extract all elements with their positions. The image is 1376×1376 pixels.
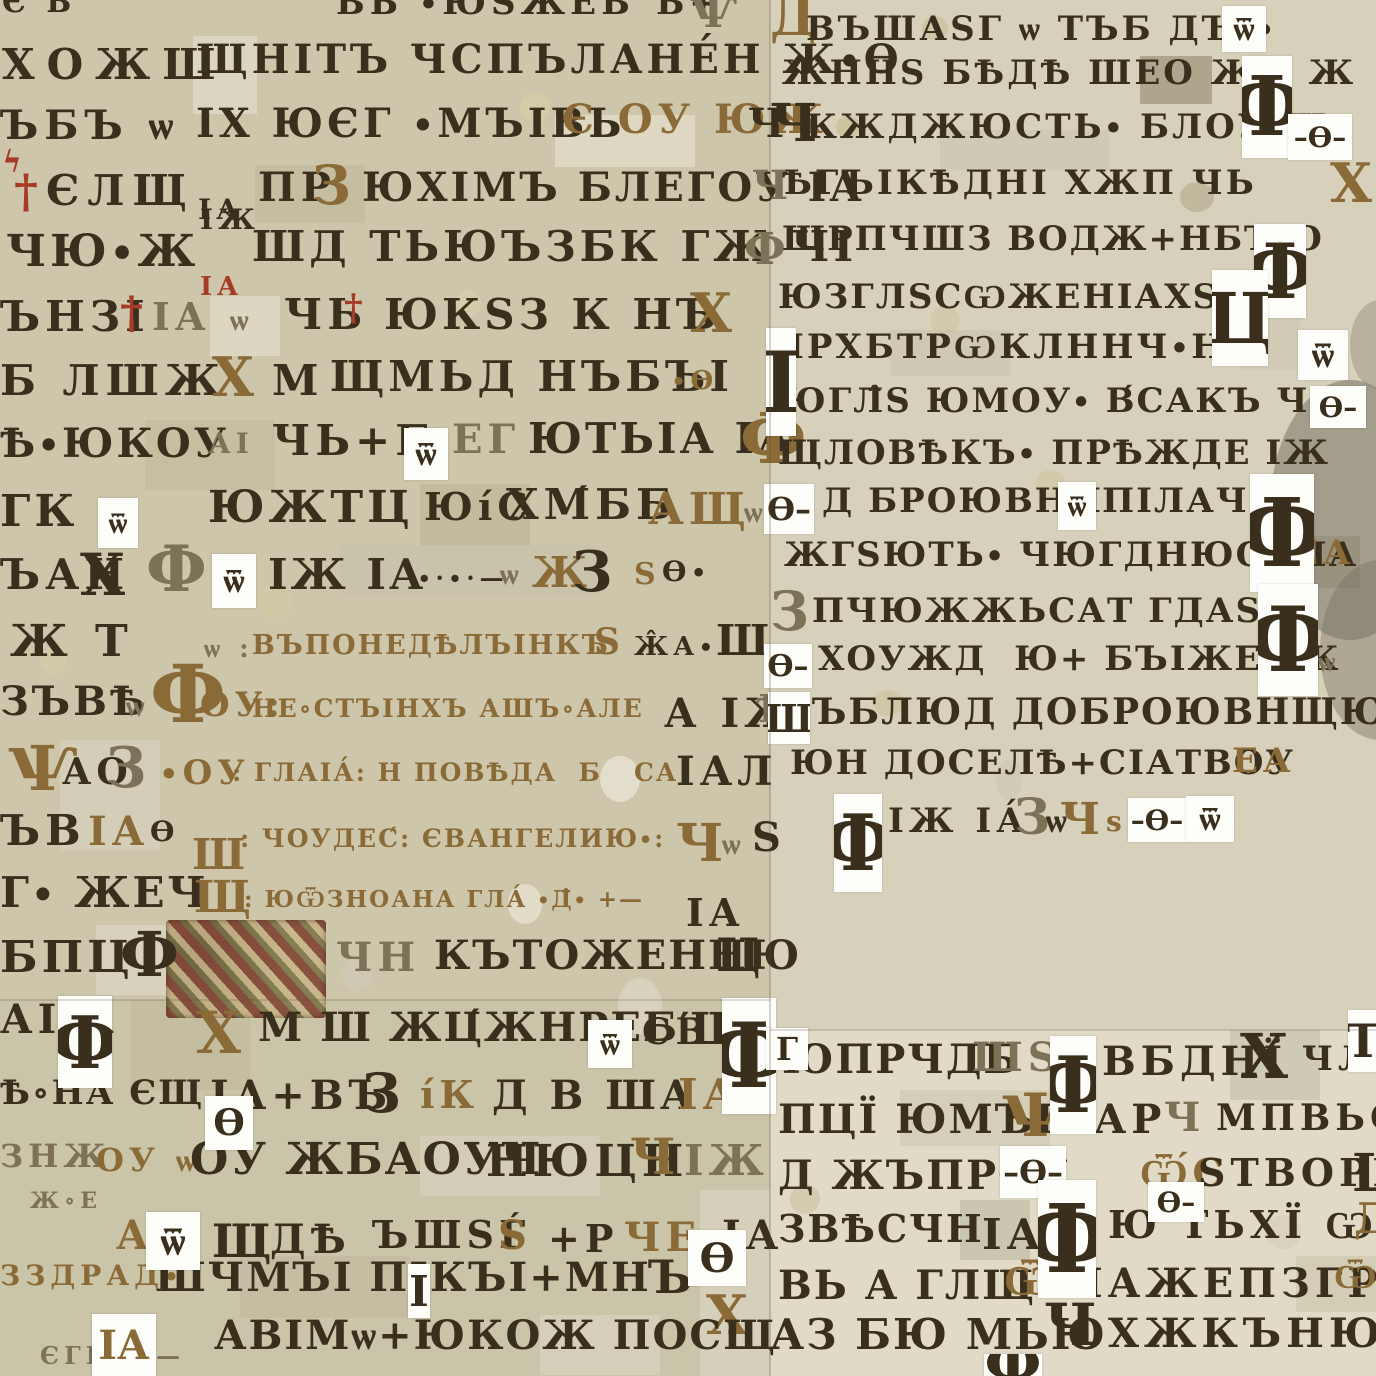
text-line: АВІМѡ+ЮКОЖ ПОСЩ: [214, 1316, 777, 1356]
text-line: ∙·∙·—: [418, 566, 509, 590]
glyph-tile: Ф: [1242, 56, 1292, 158]
glyph-tile: ѿ: [588, 1020, 632, 1068]
text-line: З: [1014, 792, 1055, 842]
glyph-tile: –Ѳ–: [1288, 114, 1352, 160]
text-line: ВЪПОНЕДѢЛЪІНКЪ: [252, 632, 610, 659]
text-line: Ж∘Е: [30, 1190, 102, 1212]
text-line: ЮЖТЦ: [208, 486, 414, 530]
glyph-tile: ѿ: [98, 498, 138, 548]
text-line: Ж̂А∙: [634, 634, 718, 660]
glyph-tile: Ѳ–: [1148, 1182, 1204, 1222]
manuscript-collage: Є ЬВЬ ∙ЮЅЖЕВ Ъ+ѰХОЖШЩНІТЪ ЧСПЪЛАНЕ́Н Ж∙Ѳ…: [0, 0, 1376, 1376]
text-line: НЕ∘СТЪІНХЪ АШЪ∘АЛЕ: [252, 696, 644, 721]
text-line: ГК: [0, 490, 78, 534]
text-line: ∙Ѳ: [672, 368, 718, 394]
text-line: Ѿ∙: [1334, 1260, 1376, 1294]
text-line: ВЬ А ГЛЩ: [778, 1266, 1036, 1306]
text-line: ѡ: [230, 306, 254, 336]
text-line: Х: [80, 546, 130, 604]
text-line: : ГЛАІА́: Н ПОВѢДА Б СА: [232, 760, 678, 785]
glyph-tile: ѿ: [1058, 482, 1096, 530]
glyph-tile: Т: [1348, 1010, 1376, 1072]
text-line: Г∙ ЖЕЧ: [0, 872, 209, 914]
text-line: ІАЖЕПЗГРАД: [1084, 1264, 1376, 1304]
text-line: ѢГЪІКѢДНІ ХЖП ЧЬ: [782, 166, 1257, 200]
glyph-tile: Ф: [1250, 474, 1314, 592]
text-line: АІ: [208, 430, 254, 458]
text-line: ІРХБТРѠКЛННЧ∙НІ: [788, 330, 1245, 364]
text-line: З: [770, 584, 814, 638]
glyph-tile: ѿ: [404, 428, 448, 480]
text-line: Ѕ: [498, 1216, 532, 1256]
glyph-tile: Ф: [1258, 584, 1318, 696]
text-line: ШРПЧШЗ ВОДЖ+НБЪЮ: [782, 222, 1324, 256]
text-line: †: [14, 168, 43, 214]
text-line: ЕГ: [452, 420, 520, 460]
text-line: БПЦ: [0, 936, 134, 980]
text-line: ІА: [152, 298, 211, 336]
text-line: М: [272, 360, 324, 402]
text-line: Є Ь: [2, 0, 76, 18]
text-line: ПЧЮЖЖЬСАТ ГДАЅІ: [812, 594, 1280, 628]
text-line: Б ЛШЖ: [0, 360, 226, 402]
text-line: ЗВѢСЧН: [778, 1210, 984, 1248]
text-line: ІЖ: [684, 1140, 769, 1182]
text-line: ШЧМЪІ ПІКЪІ+МН: [155, 1258, 651, 1298]
text-line: ХОЖШ: [2, 44, 228, 86]
text-line: Ѣ∙ЮКОУ: [0, 424, 229, 464]
glyph-tile: Ш: [768, 692, 810, 744]
glyph-tile: І: [408, 1264, 430, 1318]
text-line: ЪБЪ ѡ: [0, 106, 179, 146]
glyph-tile: ѿ: [212, 554, 256, 608]
glyph-tile: ІА: [92, 1314, 156, 1376]
text-line: Д: [1354, 1198, 1376, 1240]
glyph-tile: Ф: [1038, 1180, 1096, 1298]
glyph-tile: ѿ: [1298, 330, 1348, 380]
glyph-tile: Ф: [1050, 1036, 1096, 1134]
text-line: З: [312, 158, 356, 212]
text-line: АЩ: [648, 488, 751, 532]
text-line: З: [106, 740, 151, 796]
text-line: : ЮѾЗНОАНА ГЛА́ ∙Д̂∙ +—: [244, 888, 644, 911]
text-line: ЪВ: [0, 810, 86, 852]
text-line: ЧН: [336, 938, 420, 978]
text-line: Ч: [1164, 1098, 1206, 1138]
text-line: ІА: [88, 812, 149, 852]
text-line: ЮЗГЛЅСѠЖЕНІАХЅАЧ: [778, 280, 1282, 314]
text-line: ЮКЅЗ К НЪ: [384, 294, 720, 336]
text-line: Ѱ: [690, 0, 741, 34]
glyph-tile: Ф: [58, 996, 112, 1088]
glyph-tile: Ѳ–: [1310, 386, 1366, 428]
text-line: ЄЛЩ: [46, 170, 195, 212]
text-line: : ЧОУДЕС́: ЄВАНГЕЛИЮ∙:: [240, 826, 665, 851]
text-line: Х: [1240, 1026, 1293, 1088]
text-line: +Р: [548, 1220, 618, 1258]
text-line: Ч: [630, 1132, 681, 1182]
text-line: Х: [690, 286, 737, 340]
text-line: ОУ ѡ: [96, 1144, 201, 1176]
text-line: ѡ: [126, 692, 150, 722]
text-line: ЮН ДОСЕЛѢ+СІАТВОУ: [790, 746, 1295, 780]
glyph-tile: ѿ: [1222, 6, 1266, 52]
text-line: ШЅ: [972, 1038, 1062, 1078]
text-line: Ѕ: [634, 560, 661, 590]
text-line: Ц: [716, 932, 765, 978]
text-line: Ѳ: [150, 818, 179, 846]
text-line: ІЖ ІА: [268, 554, 426, 596]
text-line: ІХ ЮЄГ ∙МЪІВЬ: [196, 104, 625, 144]
text-line: ЧЮ∙Ж: [6, 230, 199, 274]
text-line: ЕА: [1232, 744, 1296, 778]
glyph-tile: Ф: [984, 1354, 1042, 1376]
text-line: ЗНЖ: [0, 1140, 110, 1172]
glyph-tile: Ѳ: [205, 1096, 253, 1150]
text-line: ѡ: [500, 560, 524, 590]
text-line: Х: [212, 350, 259, 404]
text-line: З: [572, 544, 617, 600]
text-line: Ф: [120, 924, 184, 986]
glyph-tile: ѿ: [146, 1212, 200, 1270]
text-line: Х: [196, 1004, 246, 1062]
text-line: Ц: [1352, 1148, 1376, 1200]
text-line: ЪБЛЮД ДОБРОЮВНЩЮ: [812, 694, 1376, 730]
glyph-tile: Ц: [1212, 270, 1268, 366]
glyph-tile: –Ѳ–: [1128, 798, 1186, 842]
glyph-tile: Г: [766, 1028, 808, 1070]
text-line: Ч: [676, 818, 728, 870]
text-line: ПІЛАЧ: [1102, 484, 1249, 518]
text-line: і́К: [420, 1076, 479, 1114]
text-line: ЩЛОВѢКЪ∙ ПРѢЖДЕ ІЖ: [778, 436, 1330, 470]
text-line: Ф: [146, 538, 212, 602]
text-line: Ѳ∙: [662, 558, 711, 586]
quadrant-seam-horizontal: [770, 1029, 1376, 1031]
text-line: Ч: [1060, 798, 1105, 842]
glyph-tile: Ѳ–: [764, 484, 814, 534]
text-line: ХЖКЪНЮМОӰ: [1108, 1314, 1376, 1354]
text-line: †: [120, 292, 148, 336]
text-line: ІАЛ: [676, 752, 778, 792]
text-line: ВЪШАЅГ ѡ ТЪБ ДЪІ∙: [806, 12, 1277, 46]
text-line: МПВЬСАЮ: [1216, 1100, 1376, 1136]
text-line: Х: [1330, 156, 1376, 210]
text-line: ІЖ: [200, 206, 260, 234]
text-line: З: [362, 1066, 406, 1120]
text-line: †: [344, 290, 368, 326]
text-line: ѕ: [1106, 808, 1127, 836]
text-line: ЅТВОРЮХЪ: [1198, 1154, 1376, 1192]
text-line: Д В ША: [492, 1076, 697, 1116]
glyph-tile: Ѳ: [688, 1230, 746, 1286]
quadrant-seam-horizontal: [0, 999, 770, 1001]
quadrant-seam-vertical: [769, 0, 771, 1376]
text-line: ВЬ ∙ЮЅЖЕВ Ъ+: [336, 0, 723, 20]
text-line: ЮГЛ̂Ѕ ЮМОУ∙ В́САКЪ ЧЗ: [782, 384, 1336, 418]
text-line: ІА: [982, 1214, 1046, 1256]
text-line: ІА: [686, 894, 745, 932]
glyph-tile: Ѳ–: [764, 644, 812, 688]
text-line: Ж Т: [10, 620, 134, 664]
text-line: ѡ: [722, 830, 746, 860]
glyph-tile: ѿ: [1186, 796, 1234, 842]
text-line: Ч: [1044, 1296, 1102, 1354]
text-line: ѡ: [1318, 648, 1340, 676]
text-line: Ѕ: [594, 624, 625, 660]
glyph-tile: Ф: [834, 794, 882, 892]
